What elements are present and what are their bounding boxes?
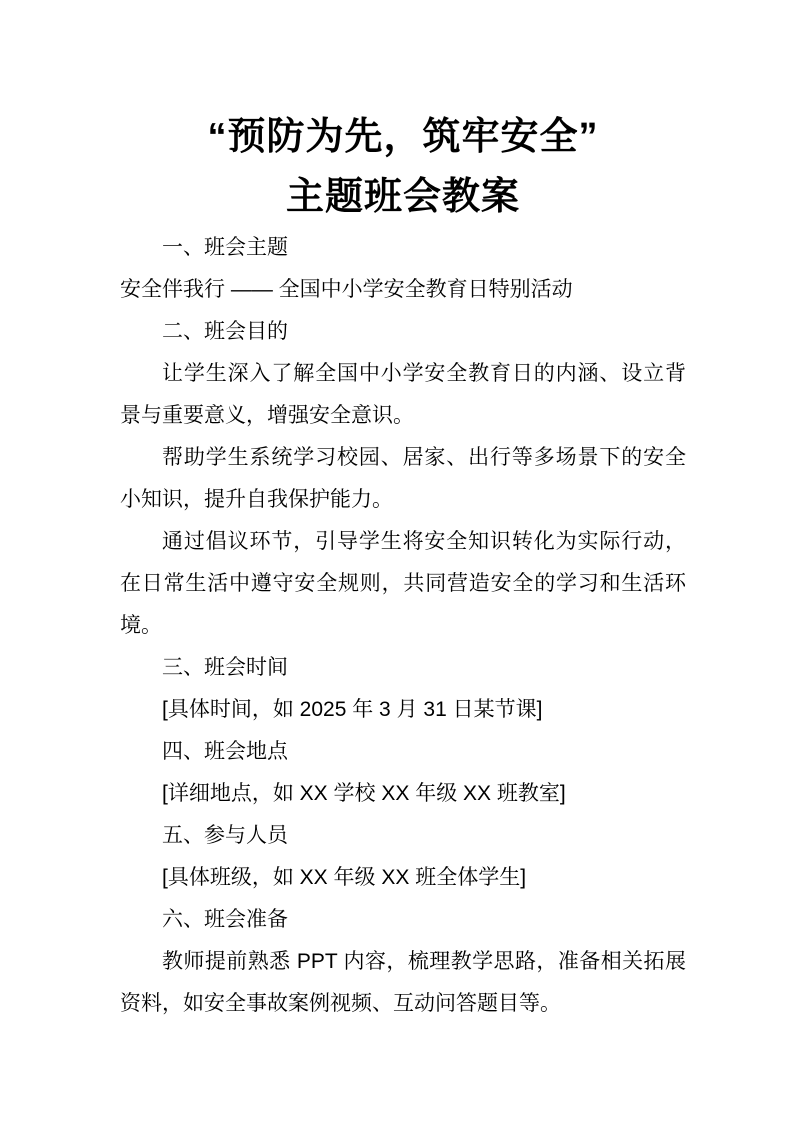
document-body: 一、班会主题 安全伴我行 —— 全国中小学安全教育日特别活动 二、班会目的 让学… <box>120 227 686 1025</box>
section-2-heading: 二、班会目的 <box>120 311 686 353</box>
section-4-heading: 四、班会地点 <box>120 731 686 773</box>
doc-title-line-2: 主题班会教案 <box>120 167 686 227</box>
objective-paragraph-1: 让学生深入了解全国中小学安全教育日的内涵、设立背景与重要意义，增强安全意识。 <box>120 353 686 437</box>
section-5-heading: 五、参与人员 <box>120 815 686 857</box>
objective-paragraph-2: 帮助学生系统学习校园、居家、出行等多场景下的安全小知识，提升自我保护能力。 <box>120 437 686 521</box>
participants-placeholder: [具体班级，如 XX 年级 XX 班全体学生] <box>120 857 686 899</box>
meeting-theme-text: 安全伴我行 —— 全国中小学安全教育日特别活动 <box>120 269 686 311</box>
section-3-heading: 三、班会时间 <box>120 647 686 689</box>
section-1-heading: 一、班会主题 <box>120 227 686 269</box>
meeting-location-placeholder: [详细地点，如 XX 学校 XX 年级 XX 班教室] <box>120 773 686 815</box>
document-page: “预防为先，筑牢安全” 主题班会教案 一、班会主题 安全伴我行 —— 全国中小学… <box>0 0 793 1122</box>
doc-title-line-1: “预防为先，筑牢安全” <box>120 107 686 167</box>
meeting-time-placeholder: [具体时间，如 2025 年 3 月 31 日某节课] <box>120 689 686 731</box>
section-6-heading: 六、班会准备 <box>120 899 686 941</box>
preparation-paragraph: 教师提前熟悉 PPT 内容，梳理教学思路，准备相关拓展资料，如安全事故案例视频、… <box>120 941 686 1025</box>
document-content: “预防为先，筑牢安全” 主题班会教案 一、班会主题 安全伴我行 —— 全国中小学… <box>120 107 686 1025</box>
objective-paragraph-3: 通过倡议环节，引导学生将安全知识转化为实际行动，在日常生活中遵守安全规则，共同营… <box>120 521 686 647</box>
